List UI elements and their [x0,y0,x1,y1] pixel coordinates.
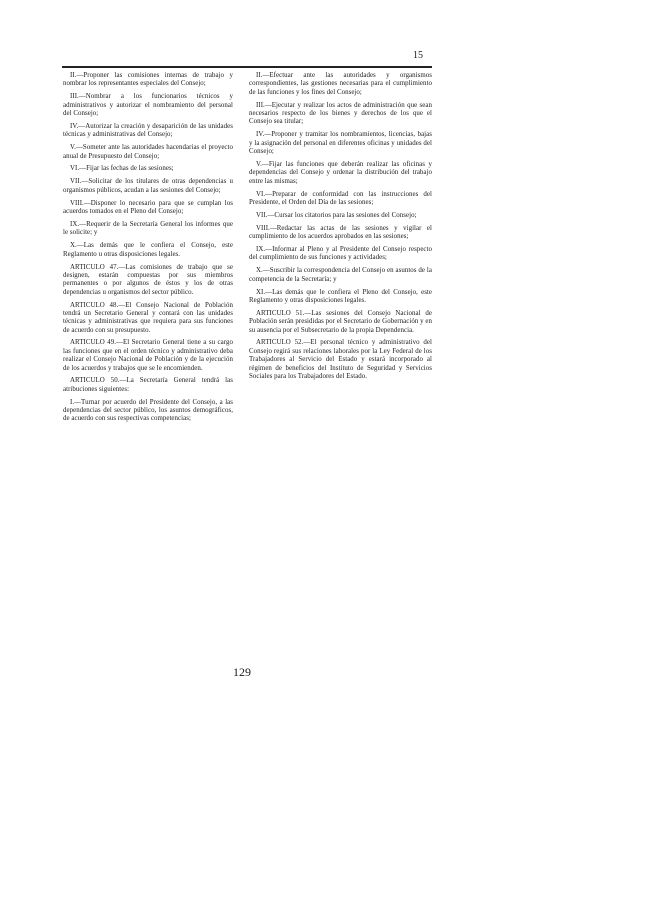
paragraph: VII.—Solicitar de los titulares de otras… [63,178,233,195]
paragraph: VIII.—Redactar las actas de las sesiones… [249,225,432,242]
article-paragraph: ARTICULO 51.—Las sesiones del Consejo Na… [249,310,432,335]
left-column: II.—Proponer las comisiones internas de … [63,72,233,428]
article-paragraph: ARTICULO 50.—La Secretaría General tendr… [63,377,233,394]
paragraph: X.—Suscribir la correspondencia del Cons… [249,267,432,284]
article-paragraph: ARTICULO 52.—El personal técnico y admin… [249,339,432,381]
paragraph: V.—Someter ante las autoridades hacendar… [63,144,233,161]
paragraph: IV.—Proponer y tramitar los nombramiento… [249,131,432,156]
paragraph: IX.—Requerir de la Secretaría General lo… [63,221,233,238]
article-paragraph: ARTICULO 48.—El Consejo Nacional de Pobl… [63,302,233,335]
header-rule [62,66,432,68]
paragraph: I.—Turnar por acuerdo del Presidente del… [63,399,233,424]
paragraph: VIII.—Disponer lo necesario para que se … [63,200,233,217]
paragraph: VI.—Fijar las fechas de las sesiones; [63,165,233,173]
footer-page-number: 129 [233,665,251,680]
paragraph: III.—Ejecutar y realizar los actos de ad… [249,102,432,127]
paragraph: VII.—Cursar los citatorios para las sesi… [249,212,432,220]
paragraph: IX.—Informar al Pleno y al Presidente de… [249,246,432,263]
article-paragraph: ARTICULO 47.—Las comisiones de trabajo q… [63,264,233,297]
paragraph: IV.—Autorizar la creación y desaparición… [63,123,233,140]
paragraph: V.—Fijar las funciones que deberán reali… [249,161,432,186]
paragraph: II.—Efectuar ante las autoridades y orga… [249,72,432,97]
header-page-number: 15 [413,50,423,61]
right-column: II.—Efectuar ante las autoridades y orga… [249,72,432,386]
paragraph: II.—Proponer las comisiones internas de … [63,72,233,89]
article-paragraph: ARTICULO 49.—El Secretario General tiene… [63,339,233,372]
paragraph: X.—Las demás que le confiera el Consejo,… [63,242,233,259]
paragraph: III.—Nombrar a los funcionarios técnicos… [63,93,233,118]
paragraph: VI.—Preparar de conformidad con las inst… [249,191,432,208]
paragraph: XI.—Las demás que le confiera el Pleno d… [249,289,432,306]
